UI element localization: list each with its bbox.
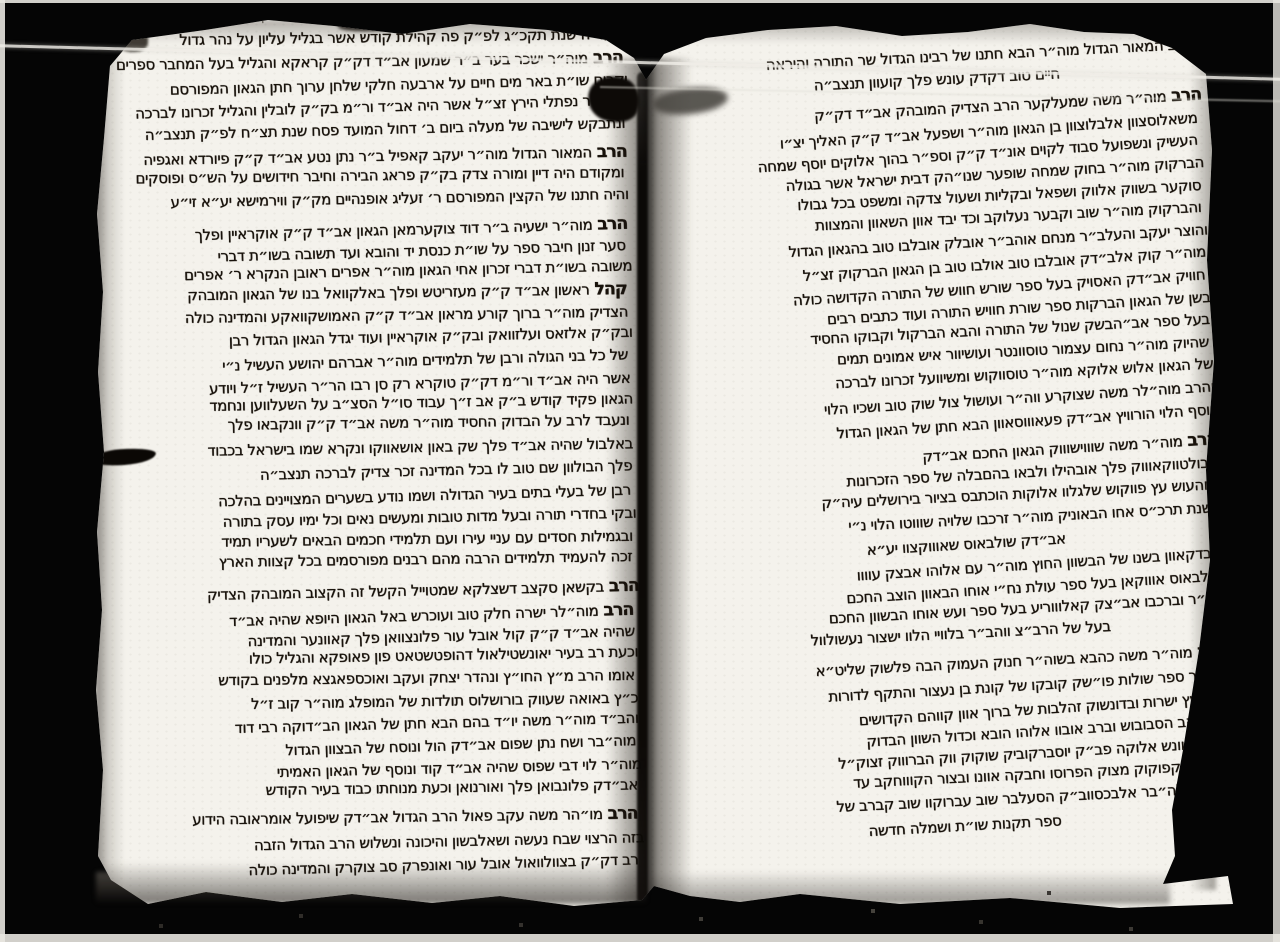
paragraph-lead-word: הרב [1182,429,1218,451]
photo-frame-right [1273,0,1280,942]
left-page-text: בעז״ה שנת תקכ״ג לפ״ק פה קהילת קודש אשר ב… [103,25,645,890]
paragraph-lead-word: הרב [1166,85,1202,107]
paragraph-lead-word: הרב [1192,641,1228,663]
left-page-header-mark: הצדיקים [250,7,294,25]
photo-frame-top [0,0,1280,3]
binding-gutter [637,72,648,904]
photo-frame-left [0,0,5,942]
right-page-header-mark: אלות [676,15,703,31]
photo-frame-bottom [0,934,1280,942]
right-page-header-mark-2: הקדושים [920,5,966,22]
right-page-text: הרב המאור הגדול מוה״ר הבא חתנו של רבינו … [624,33,1245,924]
manuscript-photograph: הצדיקים אלות הקדושים בעז״ה שנת תקכ״ג לפ״… [0,0,1280,942]
binding-gutter-shadow [606,58,692,903]
book-spread: הצדיקים אלות הקדושים בעז״ה שנת תקכ״ג לפ״… [0,0,1280,942]
dust-specks [0,0,2,2]
